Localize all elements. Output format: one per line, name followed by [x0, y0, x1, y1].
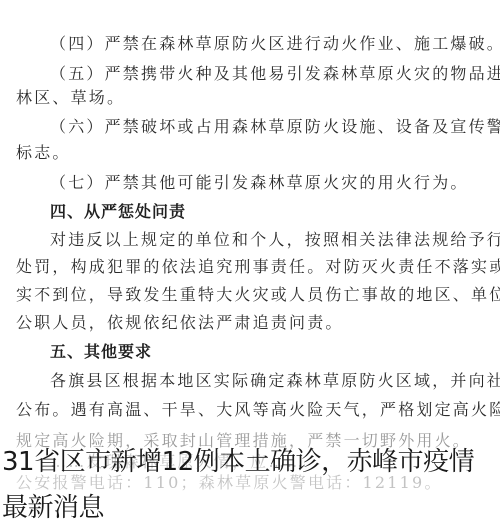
clause-5-cont: 林区、草场。	[16, 88, 125, 108]
headline-caption-line2: 最新消息	[2, 493, 104, 521]
section-heading-4: 四、从严惩处问责	[50, 202, 186, 222]
paragraph-other: 各旗县区根据本地区实际确定森林草原防火区域，并向社会	[50, 371, 500, 391]
clause-5: （五）严禁携带火种及其他易引发森林草原火灾的物品进入	[50, 64, 500, 84]
clause-7: （七）严禁其他可能引发森林草原火灾的用火行为。	[50, 173, 469, 193]
paragraph-accountability-2: 处罚，构成犯罪的依法追究刑事责任。对防灭火责任不落实或落	[16, 257, 500, 277]
clause-6-cont: 标志。	[16, 143, 71, 163]
paragraph-accountability-4: 公职人员，依规依纪依法严肃追责问责。	[16, 313, 344, 333]
clause-4: （四）严禁在森林草原防火区进行动火作业、施工爆破。	[50, 34, 500, 54]
section-heading-5: 五、其他要求	[50, 342, 152, 362]
paragraph-accountability-3: 实不到位，导致发生重特大火灾或人员伤亡事故的地区、单位和	[16, 285, 500, 305]
headline-caption-line1: 31省区市新增12例本土确诊，赤峰市疫情	[2, 447, 474, 477]
document-scan: （四）严禁在森林草原防火区进行动火作业、施工爆破。 （五）严禁携带火种及其他易引…	[0, 0, 500, 521]
paragraph-other-2: 公布。遇有高温、干旱、大风等高火险天气，严格划定高火险区，	[16, 400, 500, 420]
clause-6: （六）严禁破坏或占用森林草原防火设施、设备及宣传警示	[50, 117, 500, 137]
paragraph-accountability: 对违反以上规定的单位和个人，按照相关法律法规给予行政	[50, 230, 500, 250]
